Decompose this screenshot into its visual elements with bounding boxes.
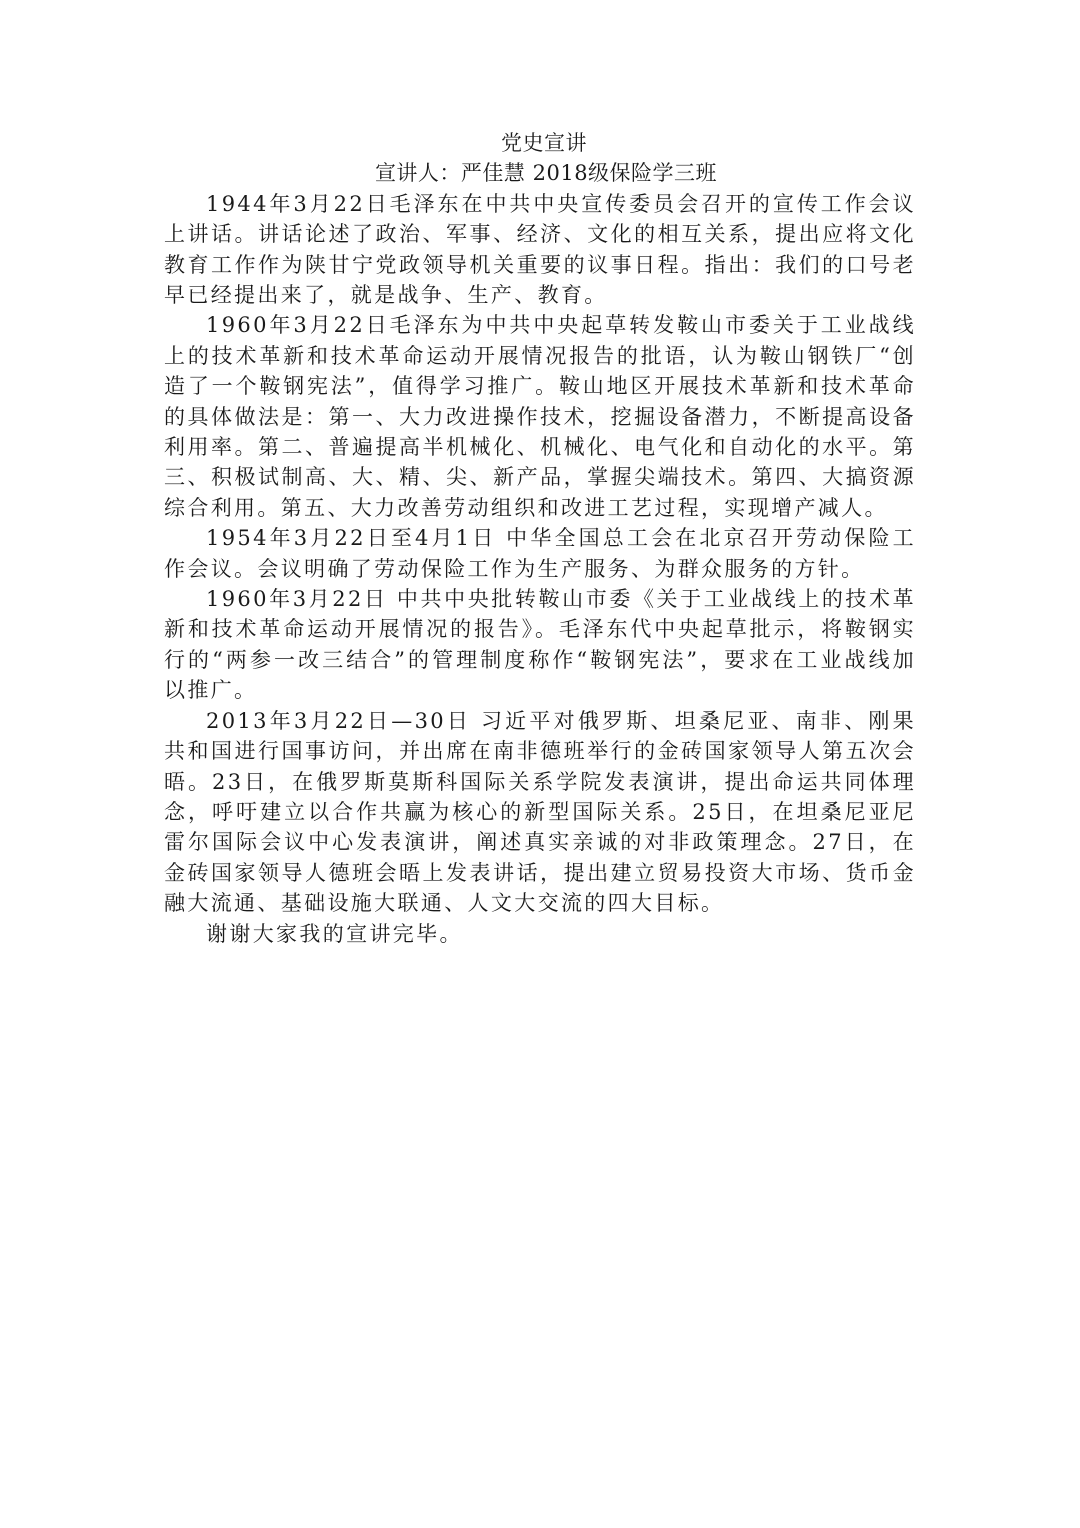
paragraph-1960-anshan: 1960年3月22日毛泽东为中共中央起草转发鞍山市委关于工业战线上的技术革新和技… <box>164 310 916 523</box>
paragraph-1954: 1954年3月22日至4月1日 中华全国总工会在北京召开劳动保险工作会议。会议明… <box>164 523 916 584</box>
speaker-info: 宣讲人：严佳慧 2018级保险学三班 <box>164 158 916 188</box>
document-page: 党史宣讲 宣讲人：严佳慧 2018级保险学三班 1944年3月22日毛泽东在中共… <box>164 128 916 949</box>
closing-remark: 谢谢大家我的宣讲完毕。 <box>164 919 916 949</box>
document-title: 党史宣讲 <box>164 128 916 158</box>
paragraph-2013: 2013年3月22日—30日 习近平对俄罗斯、坦桑尼亚、南非、刚果共和国进行国事… <box>164 706 916 919</box>
paragraph-1944: 1944年3月22日毛泽东在中共中央宣传委员会召开的宣传工作会议上讲话。讲话论述… <box>164 189 916 311</box>
paragraph-1960-report: 1960年3月22日 中共中央批转鞍山市委《关于工业战线上的技术革新和技术革命运… <box>164 584 916 706</box>
